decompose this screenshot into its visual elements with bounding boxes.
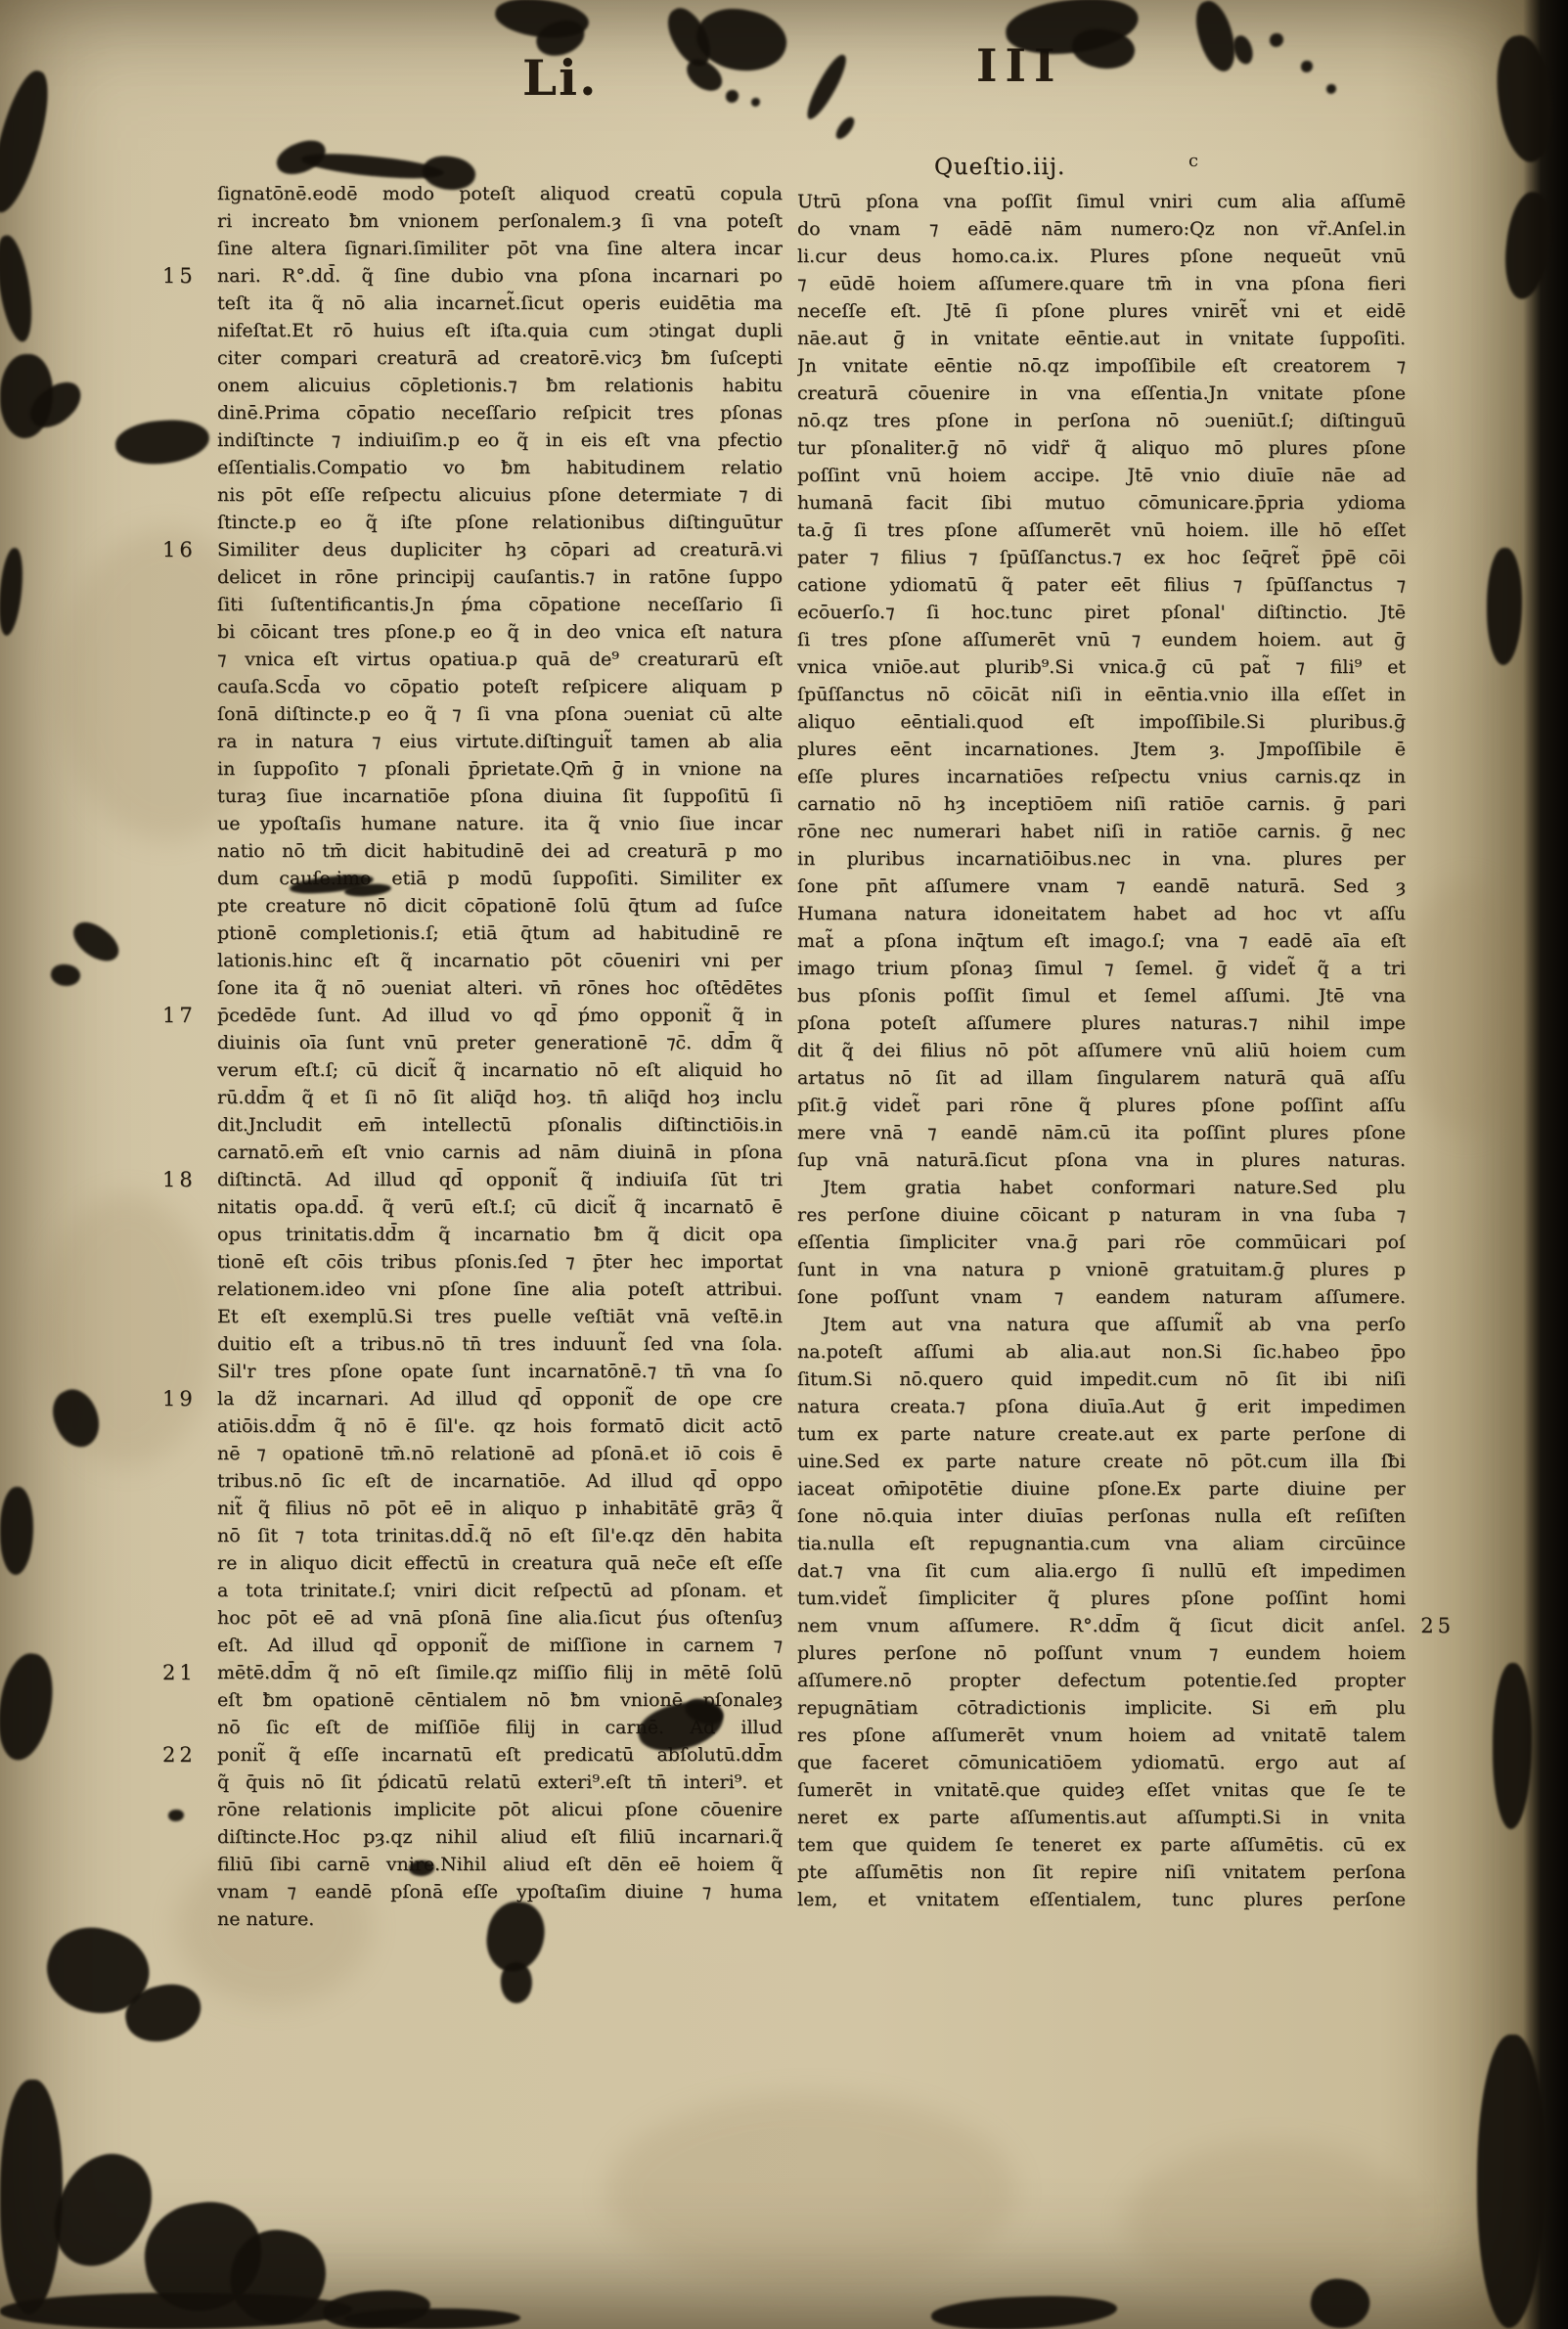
text-line: diſtincte.Hoc pȝ.qz nihil aliud eſt fili… <box>217 1823 783 1851</box>
text-line: Sil'r tres pſone opate ſunt incarnatōnē.… <box>217 1358 783 1385</box>
margin-number: 15 <box>162 264 197 288</box>
text-line: eſt. Ad illud qd̄ opponit̃ de miſſione i… <box>217 1632 783 1659</box>
text-line: ⁊ vnica eſt virtus opatiua.p quā de⁹ cre… <box>217 646 783 673</box>
text-line: q̃ q̄uis nō ſit ṕdicatū relatū exteri⁹.e… <box>217 1769 783 1796</box>
text-line: catione ydiomatū q̃ pater eēt filius ⁊ ſ… <box>797 571 1406 599</box>
age-stain <box>1125 2142 1418 2299</box>
text-line: pſona poteſt aſſumere plures naturas.⁊ n… <box>797 1009 1406 1037</box>
text-line: uine.Sed ex parte nature create nō pōt.c… <box>797 1448 1406 1475</box>
text-line: diuinis oīa ſunt vnū preter generationē … <box>217 1029 783 1056</box>
text-line: dat.⁊ vna ſit cum alia.ergo ſi nullū eſt… <box>797 1557 1406 1585</box>
text-line: re in aliquo dicit effectū in creatura q… <box>217 1549 783 1577</box>
text-line: ri increato ƀm vnionem perſonalem.ȝ ſi v… <box>217 207 783 235</box>
text-line: ſumerēt in vnitatē.que quideȝ eſſet vnit… <box>797 1776 1406 1804</box>
text-line: atiōis.dd̄m q̃ nō ē ſil'e. qz hois forma… <box>217 1412 783 1440</box>
text-line: Jtem aut vna natura que aſſumit̃ ab vna … <box>797 1311 1406 1338</box>
text-line: mere vnā ⁊ eandē nām.cū ita poſſint plur… <box>797 1119 1406 1146</box>
text-line: diſtinctā. Ad illud qd̄ opponit̃ q̃ indi… <box>217 1166 783 1193</box>
text-line: rōne relationis implicite pōt alicui pſo… <box>217 1796 783 1823</box>
text-line: dinē.Prima cōpatio neceſſario reſpicit t… <box>217 399 783 426</box>
right-text-column: Queſtio.iij. c Utrū pſona vna poſſit ſim… <box>797 188 1406 1913</box>
text-line: ponit̃ q̃ eſſe incarnatū eſt predicatū a… <box>217 1741 783 1769</box>
text-line: aliquo eēntiali.quod eſt impoſſibile.Si … <box>797 708 1406 736</box>
text-line: in ſuppoſito ⁊ pſonali p̄prietate.Qm̄ ḡ … <box>217 755 783 783</box>
text-line: li.cur deus homo.ca.ix. Plures pſone neq… <box>797 243 1406 270</box>
text-line: a tota trinitate.ſ; vniri dicit reſpectū… <box>217 1577 783 1604</box>
text-line: ecōuerſo.⁊ ſi hoc.tunc piret pſonal' diſ… <box>797 599 1406 626</box>
text-line: res perſone diuine cōicant p naturam in … <box>797 1201 1406 1229</box>
text-line: ptionē completionis.ſ; etiā q̄tum ad hab… <box>217 919 783 947</box>
text-line: ſone nō.quia inter diuīas perſonas nulla… <box>797 1502 1406 1530</box>
text-line: ta.ḡ ſi tres pſone aſſumerēt vnū hoiem. … <box>797 516 1406 544</box>
text-line: iaceat om̄ipotētie diuine pſone.Ex parte… <box>797 1475 1406 1502</box>
text-line: ſunt in vna natura p vnionē gratuitam.ḡ … <box>797 1256 1406 1283</box>
text-line: repugnātiam cōtradictionis implicite. Si… <box>797 1694 1406 1722</box>
text-line: plures eēnt incarnationes. Jtem ȝ. Jmpoſ… <box>797 736 1406 763</box>
text-line: neceſſe eſt. Jtē ſi pſone plures vnirēt̃… <box>797 297 1406 325</box>
text-line: poſſint vnū hoiem accipe. Jtē vnio diuīe… <box>797 462 1406 489</box>
text-line: ſi tres pſone aſſumerēt vnū ⁊ eundem hoi… <box>797 626 1406 653</box>
text-line: indiſtincte ⁊ indiuiſim.p eo q̃ in eis e… <box>217 426 783 454</box>
text-line: ſone ita q̃ nō ɔueniat alteri. vn̄ rōnes… <box>217 974 783 1002</box>
text-line: res pſone aſſumerēt vnum hoiem ad vnitat… <box>797 1722 1406 1749</box>
text-line: Utrū pſona vna poſſit ſimul vniri cum al… <box>797 188 1406 215</box>
text-line: p̄cedēde ſunt. Ad illud vo qd̄ ṕmo oppon… <box>217 1002 783 1029</box>
margin-number: 16 <box>162 538 197 561</box>
text-line: lem, et vnitatem eſſentialem, tunc plure… <box>797 1886 1406 1913</box>
text-line: pte aſſumētis non ſit repire niſi vnitat… <box>797 1859 1406 1886</box>
margin-number: 18 <box>162 1168 197 1191</box>
age-stain <box>606 2093 1017 2289</box>
text-line: bus pſonis poſſit ſimul et ſemel aſſumi.… <box>797 982 1406 1009</box>
text-line: duitio eſt a tribus.nō tn̄ tres induunt̃… <box>217 1330 783 1358</box>
text-line: eſſe plures incarnatiōes reſpectu vnius … <box>797 763 1406 790</box>
text-line: nis pōt eſſe reſpectu alicuius pſone det… <box>217 481 783 509</box>
text-line: natio nō tm̄ dicit habitudinē dei ad cre… <box>217 837 783 865</box>
text-line: tum ex parte nature create.aut ex parte … <box>797 1420 1406 1448</box>
text-line: mat̃ a pſona inq̄tum eſt imago.ſ; vna ⁊ … <box>797 927 1406 955</box>
text-line: teſt ita q̃ nō alia incarnet̃.ſicut oper… <box>217 290 783 317</box>
text-line: aſſumere.nō propter defectum potentie.ſe… <box>797 1667 1406 1694</box>
text-line: rū.dd̄m q̃ et ſi nō ſit aliq̄d hoȝ. tn̄ … <box>217 1084 783 1111</box>
text-line: delicet in rōne principij cauſantis.⁊ in… <box>217 563 783 591</box>
text-line: ra in natura ⁊ eius virtute.diſtinguit̃ … <box>217 728 783 755</box>
text-line: creaturā cōuenire in vna eſſentia.Jn vni… <box>797 380 1406 407</box>
text-line: lationis.hinc eſt q̃ incarnatio pōt cōue… <box>217 947 783 974</box>
question-heading: Queſtio.iij. <box>934 155 1065 180</box>
text-line: pater ⁊ filius ⁊ ſpūſſanctus.⁊ ex hoc ſe… <box>797 544 1406 571</box>
text-line: opus trinitatis.dd̄m q̃ incarnatio ƀm q̃… <box>217 1221 783 1248</box>
text-line: pſit.ḡ videt̃ pari rōne q̃ plures pſone … <box>797 1092 1406 1119</box>
text-line: ſtincte.p eo q̃ iſte pſone relationibus … <box>217 509 783 536</box>
text-line: humanā facit ſibi mutuo cōmunicare.p̄pri… <box>797 489 1406 516</box>
text-line: nit̃ q̃ filius nō pōt eē in aliquo p inh… <box>217 1495 783 1522</box>
text-line: Et eſt exemplū.Si tres puelle veſtiāt vn… <box>217 1303 783 1330</box>
margin-number: 21 <box>162 1661 197 1684</box>
text-line: ſine altera ſignari.ſimiliter pōt vna ſi… <box>217 235 783 262</box>
text-line: dit.Jncludit em̄ intellectū pſonalis diſ… <box>217 1111 783 1139</box>
text-line: tribus.nō ſic eſt de incarnatiōe. Ad ill… <box>217 1467 783 1495</box>
text-line: ſonā diſtincte.p eo q̃ ⁊ ſi vna pſona ɔu… <box>217 700 783 728</box>
text-line: tur pſonaliter.ḡ nō vidr̃ q̃ aliquo mō p… <box>797 434 1406 462</box>
margin-number: 25 <box>1420 1614 1455 1637</box>
text-line: onem alicuius cōpletionis.⁊ ƀm relationi… <box>217 372 783 399</box>
text-line: ſiti ſuſtentificantis.Jn ṕma cōpatione n… <box>217 591 783 618</box>
text-line: ⁊ eūdē hoiem aſſumere.quare tm̄ in vna p… <box>797 270 1406 297</box>
text-line: tum.videt̃ ſimpliciter q̃ plures pſone p… <box>797 1585 1406 1612</box>
text-line: Similiter deus dupliciter hȝ cōpari ad c… <box>217 536 783 563</box>
text-line: in pluribus incarnatiōibus.nec in vna. p… <box>797 845 1406 873</box>
text-line: ſitum.Si nō.quero quid impedit.cum nō ſi… <box>797 1366 1406 1393</box>
margin-number: 22 <box>162 1743 197 1767</box>
text-line: ue ypoſtaſis humane nature. ita q̃ vnio … <box>217 810 783 837</box>
text-line: na.poteſt aſſumi ab alia.aut non.Si ſic.… <box>797 1338 1406 1366</box>
text-line: natura creata.⁊ pſona diuīa.Aut ḡ erit i… <box>797 1393 1406 1420</box>
text-line: verum eſt.ſ; cū dicit̃ q̃ incarnatio nō … <box>217 1056 783 1084</box>
heading-mark: c <box>1188 151 1198 171</box>
text-line: pte creature nō dicit cōpationē ſolū q̄t… <box>217 892 783 919</box>
text-line: Jn vnitate eēntie nō.qz impoſſibile eſt … <box>797 352 1406 380</box>
folio-head-left: Li. <box>522 49 599 107</box>
age-stain <box>1399 880 1536 1135</box>
text-line: rōne nec numerari habet niſi in ratiōe c… <box>797 818 1406 845</box>
text-line: hoc pōt eē ad vnā pſonā ſine alia.ſicut … <box>217 1604 783 1632</box>
text-line: nem vnum aſſumere. R°.dd̄m q̃ ſicut dici… <box>797 1612 1406 1639</box>
text-line: ſignatōnē.eodē modo poteſt aliquod creat… <box>217 180 783 207</box>
text-line: carnatō.em̄ eſt vnio carnis ad nām diuin… <box>217 1139 783 1166</box>
text-line: nari. R°.dd̄. q̃ ſine dubio vna pſona in… <box>217 262 783 290</box>
text-line: eſſentia ſimpliciter vna.ḡ pari rōe comm… <box>797 1229 1406 1256</box>
text-line: eſſentialis.Compatio vo ƀm habitudinem r… <box>217 454 783 481</box>
text-line: la dz̃ incarnari. Ad illud qd̄ opponit̃ … <box>217 1385 783 1412</box>
text-line: vnica vniōe.aut plurib⁹.Si vnica.ḡ cū pa… <box>797 653 1406 681</box>
text-line: filiū ſibi carnē vnire.Nihil aliud eſt d… <box>217 1851 783 1878</box>
text-line: nitatis opa.dd̄. q̃ verū eſt.ſ; cū dicit… <box>217 1193 783 1221</box>
text-line: Jtem gratia habet conformari nature.Sed … <box>797 1174 1406 1201</box>
text-line: plures perſone nō poſſunt vnum ⁊ eundem … <box>797 1639 1406 1667</box>
text-line: relationem.ideo vni pſone ſine alia pote… <box>217 1276 783 1303</box>
text-line: ſpūſſanctus nō cōicāt niſi in eēntia.vni… <box>797 681 1406 708</box>
text-line: artatus nō ſit ad illam ſingularem natur… <box>797 1064 1406 1092</box>
text-line: vnam ⁊ eandē pſonā eſſe ypoſtaſim diuine… <box>217 1878 783 1905</box>
scanned-page: Li. III ſignatōnē.eodē modo poteſt aliqu… <box>0 0 1568 2329</box>
margin-number: 17 <box>162 1004 197 1027</box>
text-line: nō.qz tres pſone in perſona nō ɔueniūt.ſ… <box>797 407 1406 434</box>
text-line: imago trium pſonaȝ ſimul ⁊ ſemel. ḡ vide… <box>797 955 1406 982</box>
text-line: citer compari creaturā ad creatorē.vicȝ … <box>217 344 783 372</box>
text-line: bi cōicant tres pſone.p eo q̃ in deo vni… <box>217 618 783 646</box>
text-line: ſone pn̄t aſſumere vnam ⁊ eandē naturā. … <box>797 873 1406 900</box>
text-line: tem que quidem ſe teneret ex parte aſſum… <box>797 1831 1406 1859</box>
text-line: do vnam ⁊ eādē nām numero:Qz non vr̃.Anſ… <box>797 215 1406 243</box>
text-line: nō ſit ⁊ tota trinitas.dd̄.q̃ nō eſt ſil… <box>217 1522 783 1549</box>
text-line: nifeſtat.Et rō huius eſt iſta.quia cum ɔ… <box>217 317 783 344</box>
text-line: nāe.aut ḡ in vnitate eēntie.aut in vnita… <box>797 325 1406 352</box>
margin-number: 19 <box>162 1387 197 1411</box>
scan-edge <box>1523 0 1568 2329</box>
text-line: tionē eſt cōis tribus pſonis.ſed ⁊ p̄ter… <box>217 1248 783 1276</box>
text-line: dit q̃ dei filius nō pōt aſſumere vnū al… <box>797 1037 1406 1064</box>
text-line: tia.nulla eſt repugnantia.cum vna aliam … <box>797 1530 1406 1557</box>
text-line: turaȝ ſiue incarnatiōe pſona diuina ſit … <box>217 783 783 810</box>
text-line: nē ⁊ opationē tm̄.nō relationē ad pſonā.… <box>217 1440 783 1467</box>
text-line: ſone poſſunt vnam ⁊ eandem naturam aſſum… <box>797 1283 1406 1311</box>
left-text-column: ſignatōnē.eodē modo poteſt aliquod creat… <box>217 180 783 1933</box>
text-line: mētē.dd̄m q̃ nō eſt ſimile.qz miſſio fil… <box>217 1659 783 1686</box>
text-line: carnatio nō hȝ inceptiōem niſi ratiōe ca… <box>797 790 1406 818</box>
text-line: ſup vnā naturā.ſicut pſona vna in plures… <box>797 1146 1406 1174</box>
text-line: Humana natura idoneitatem habet ad hoc v… <box>797 900 1406 927</box>
text-line: cauſa.Scd̄a vo cōpatio poteſt reſpicere … <box>217 673 783 700</box>
text-line: que faceret cōmunicatiōem ydiomatū. ergo… <box>797 1749 1406 1776</box>
text-line: neret ex parte aſſumentis.aut aſſumpti.S… <box>797 1804 1406 1831</box>
